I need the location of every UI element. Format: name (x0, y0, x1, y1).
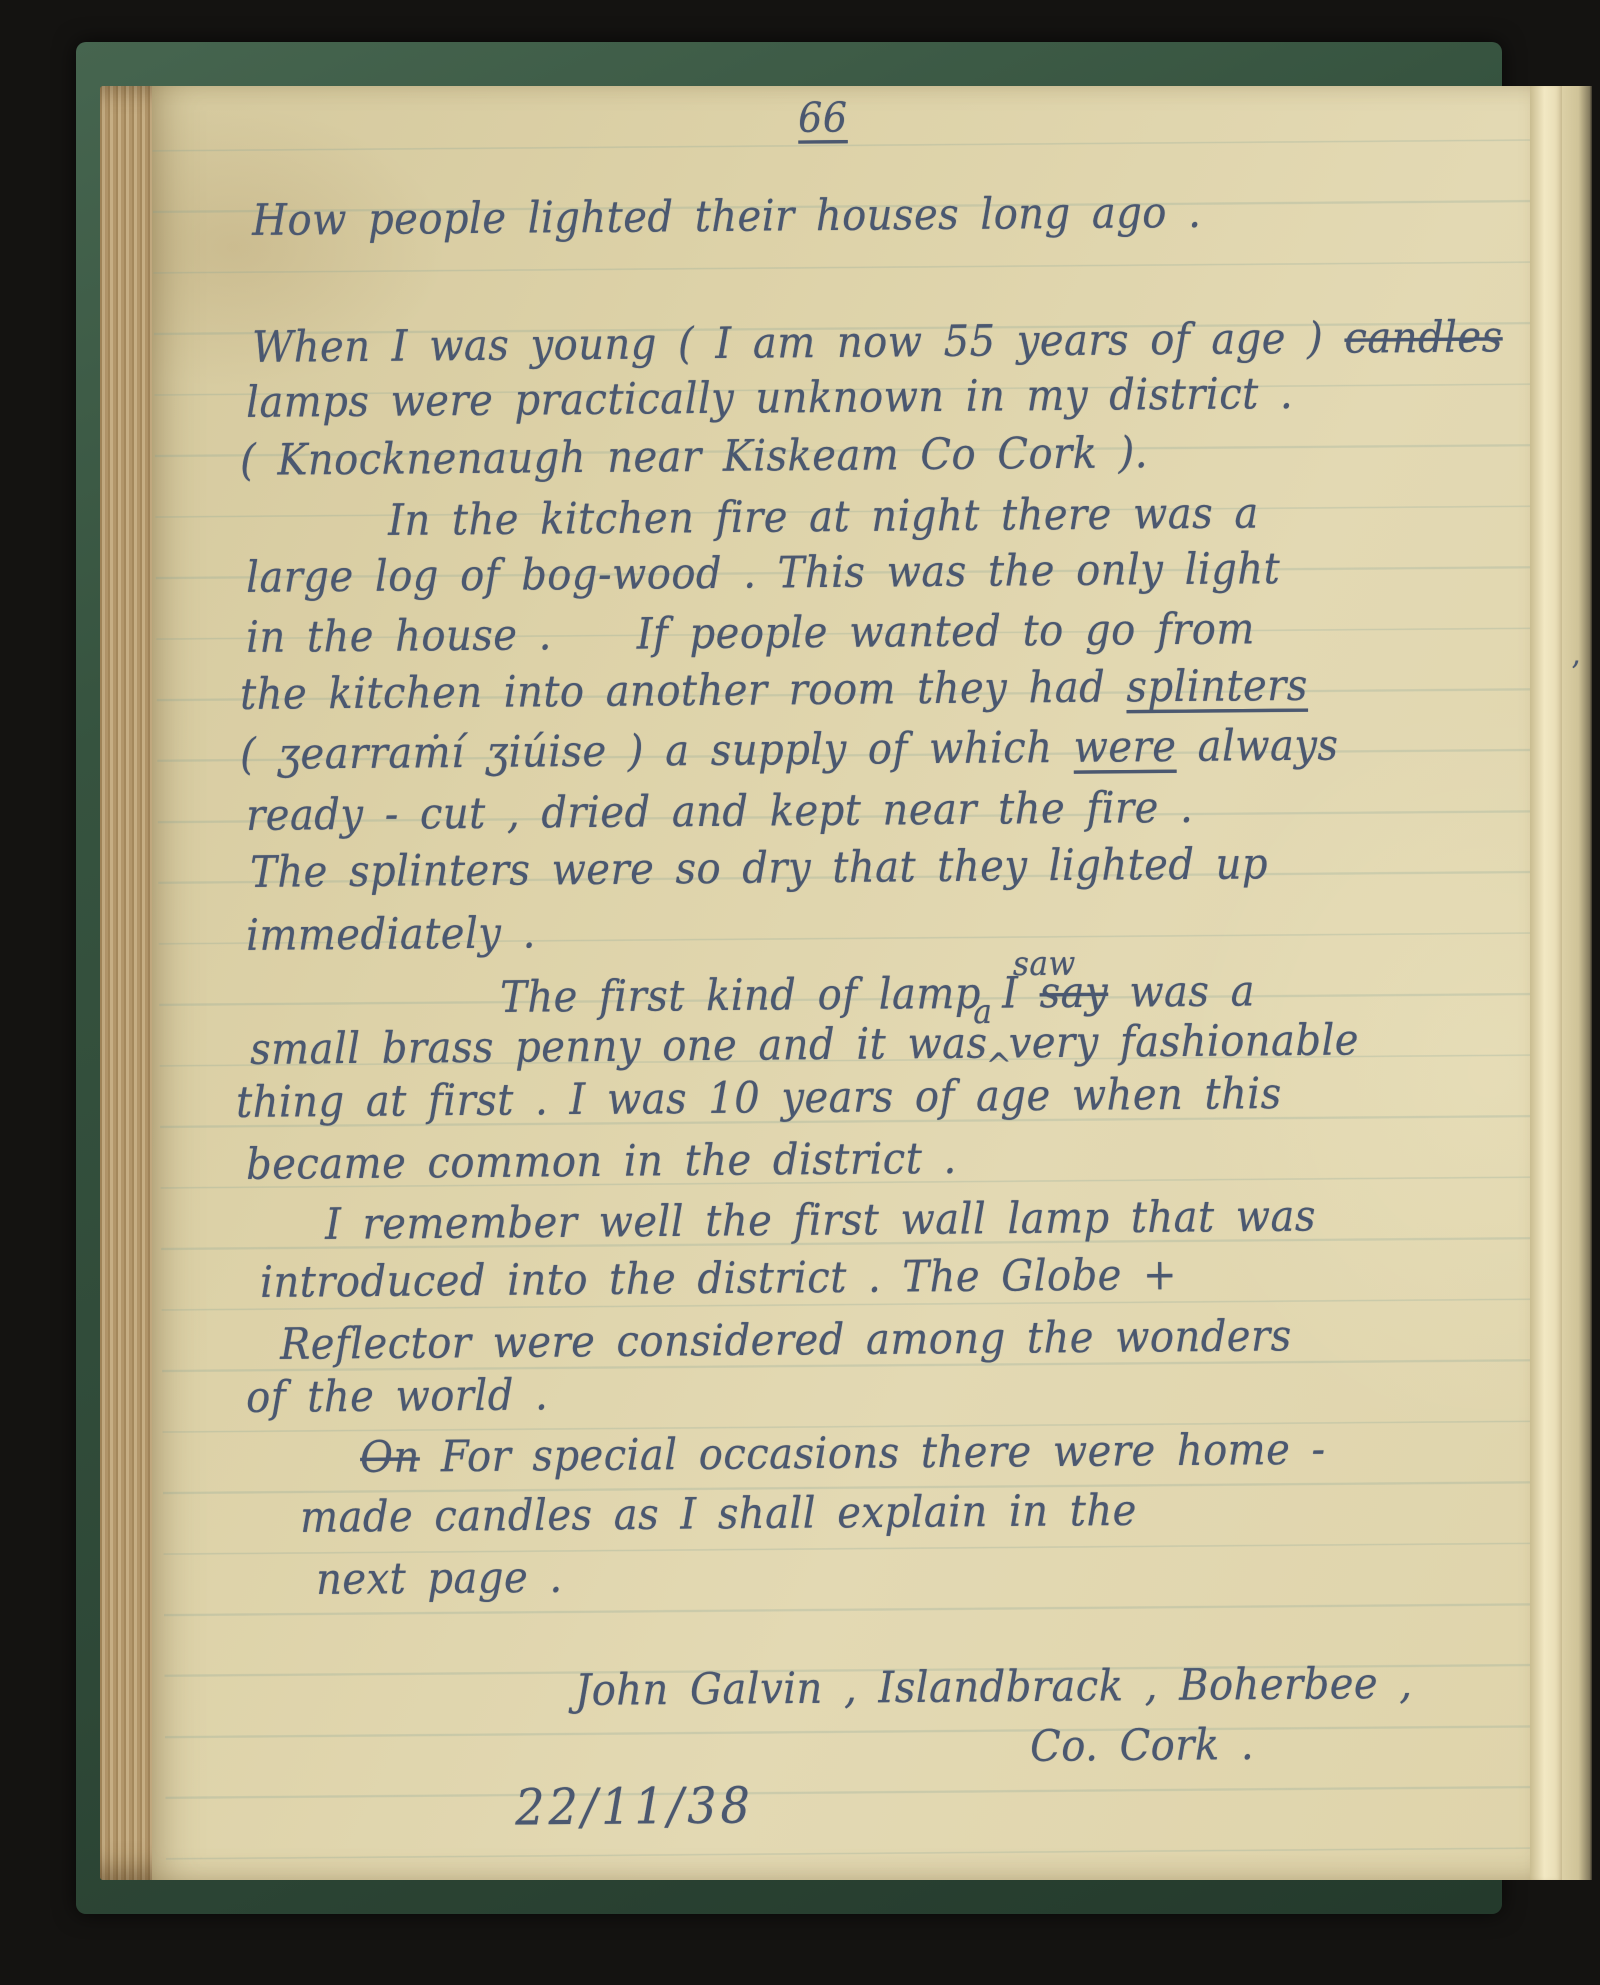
text-segment: Reflector were considered among the wond… (280, 1311, 1292, 1369)
body-line: in the house . If people wanted to go fr… (246, 604, 1255, 662)
underlined-word: 66 (798, 94, 848, 142)
body-line: large log of bog-wood . This was the onl… (246, 544, 1280, 602)
county-line: Co. Cork . (1030, 1720, 1254, 1772)
body-line: of the world . (246, 1370, 548, 1422)
struck-word: On (360, 1432, 420, 1482)
facing-page-edge (1562, 86, 1592, 1880)
body-line: I remember well the first wall lamp that… (325, 1192, 1316, 1250)
text-segment: The splinters were so dry that they ligh… (250, 839, 1268, 897)
text-segment: ready - cut , dried and kept near the fi… (246, 783, 1193, 841)
body-line: thing at first . I was 10 years of age w… (236, 1069, 1282, 1128)
text-segment: ( ʒearraṁí ʒiúise ) a supply of which (240, 723, 1074, 780)
text-segment: very fashionable (987, 1016, 1359, 1069)
body-line: Reflector were considered among the wond… (280, 1311, 1292, 1369)
text-segment: For special occasions there were home - (420, 1425, 1326, 1482)
text-segment: In the kitchen fire at night there was a (388, 489, 1259, 546)
body-line: the kitchen into another room they had s… (240, 661, 1308, 720)
body-line: On For special occasions there were home… (360, 1425, 1326, 1483)
body-line: became common in the district . (246, 1134, 957, 1190)
text-segment: ʼ (1570, 655, 1580, 691)
text-segment: became common in the district . (246, 1134, 957, 1190)
stray-ink-mark: ʼ (1570, 655, 1580, 691)
text-segment: always (1176, 721, 1338, 772)
text-segment: next page . (316, 1553, 563, 1605)
body-line: ( ʒearraṁí ʒiúise ) a supply of which we… (240, 721, 1339, 780)
text-segment: was a (1108, 967, 1255, 1018)
text-segment: of the world . (246, 1370, 548, 1422)
page-stack-edge (100, 86, 154, 1880)
body-line: In the kitchen fire at night there was a (388, 489, 1259, 546)
struck-word: candles (1344, 312, 1502, 363)
text-segment: ( Knocknenaugh near Kiskeam Co Cork ). (240, 428, 1148, 485)
body-line: next page . (316, 1553, 563, 1605)
text-segment: small brass penny one and it was (250, 1019, 988, 1075)
title-line: How people lighted their houses long ago… (252, 188, 1202, 246)
body-line: The splinters were so dry that they ligh… (250, 839, 1268, 897)
text-segment: 22/11/38 (515, 1776, 754, 1836)
text-segment: Co. Cork . (1030, 1720, 1254, 1772)
text-segment: thing at first . I was 10 years of age w… (236, 1069, 1282, 1128)
body-line: made candles as I shall explain in the (300, 1486, 1137, 1543)
page-crease (1530, 86, 1562, 1880)
body-line: ready - cut , dried and kept near the fi… (246, 783, 1193, 841)
page-number: 66 (798, 94, 848, 142)
body-line: immediately . (246, 909, 536, 961)
signature-line: John Galvin , Islandbrack , Boherbee , (575, 1659, 1413, 1716)
underlined-word: were (1074, 722, 1177, 773)
text-segment: introduced into the district . The Globe… (260, 1250, 1177, 1307)
date-line: 22/11/38 (515, 1776, 754, 1836)
text-segment: in the house . If people wanted to go fr… (246, 604, 1255, 662)
body-line: small brass penny one and it was^a very … (250, 1016, 1359, 1075)
text-segment: immediately . (246, 909, 536, 961)
body-line: ( Knocknenaugh near Kiskeam Co Cork ). (240, 428, 1148, 485)
underlined-word: splinters (1126, 661, 1308, 712)
text-segment: lamps were practically unknown in my dis… (246, 369, 1293, 428)
text-segment: When I was young ( I am now 55 years of … (252, 314, 1345, 373)
body-line: When I was young ( I am now 55 years of … (252, 312, 1503, 372)
body-line: The first kind of lamp I saysaw was a (500, 967, 1255, 1023)
text-segment: I remember well the first wall lamp that… (325, 1192, 1316, 1250)
text-segment: large log of bog-wood . This was the onl… (246, 544, 1280, 602)
text-segment: made candles as I shall explain in the (300, 1486, 1137, 1543)
text-segment: the kitchen into another room they had (240, 662, 1127, 719)
text-segment: The first kind of lamp I (500, 968, 1040, 1022)
text-segment: How people lighted their houses long ago… (252, 188, 1202, 246)
body-line: lamps were practically unknown in my dis… (246, 369, 1293, 428)
text-segment: John Galvin , Islandbrack , Boherbee , (575, 1659, 1413, 1716)
body-line: introduced into the district . The Globe… (260, 1250, 1177, 1307)
